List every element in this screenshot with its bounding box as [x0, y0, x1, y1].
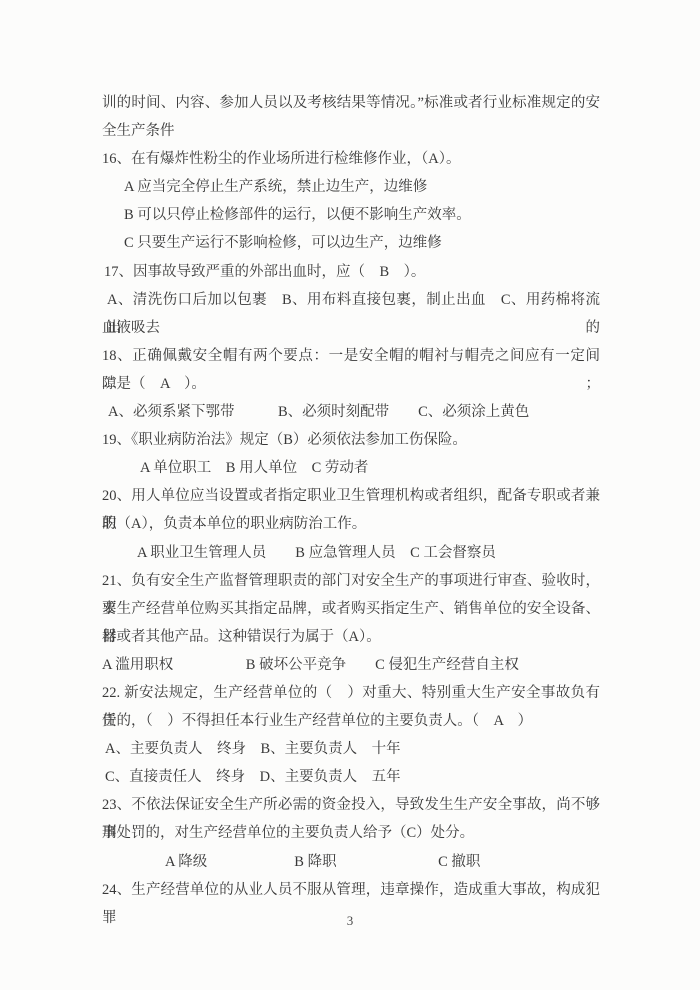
document-page: 训的时间、内容、参加人员以及考核结果等情况。”标准或者行业标准规定的安全生产条件… — [0, 0, 700, 990]
text-line: 19、《职业病防治法》规定（B）必须依法参加工伤保险。 — [102, 426, 600, 454]
text-line: 21、负有安全生产监督管理职责的部门对安全生产的事项进行审查、验收时，要 — [102, 567, 600, 595]
text-line: 任的，（ ）不得担任本行业生产经营单位的主要负责人。（ A ） — [102, 707, 600, 735]
text-line: C、直接责任人 终身 D、主要负责人 五年 — [102, 763, 600, 791]
text-line: 17、因事故导致严重的外部出血时，应（ B ）。 — [102, 258, 600, 286]
text-line: 材或者其他产品。这种错误行为属于（A）。 — [102, 623, 600, 651]
text-line: 全生产条件 — [102, 117, 600, 145]
text-line: A 降级 B 降职 C 撤职 — [102, 848, 600, 876]
text-line: A 滥用职权 B 破坏公平竞争 C 侵犯生产经营自主权 — [102, 651, 600, 679]
text-line: 求生产经营单位购买其指定品牌，或者购买指定生产、销售单位的安全设备、器 — [102, 595, 600, 623]
text-line: A、清洗伤口后加以包裹 B、用布料直接包裹，制止出血 C、用药棉将流出的 — [102, 286, 600, 314]
page-number: 3 — [0, 911, 700, 931]
text-line: 24、生产经营单位的从业人员不服从管理，违章操作，造成重大事故，构成犯罪 — [102, 876, 600, 904]
text-line: C 只要生产运行不影响检修，可以边生产，边维修 — [102, 229, 600, 257]
text-line: 的（A），负责本单位的职业病防治工作。 — [102, 510, 600, 538]
text-line: 20、用人单位应当设置或者指定职业卫生管理机构或者组织，配备专职或者兼职 — [102, 482, 600, 510]
text-line: A 职业卫生管理人员 B 应急管理人员 C 工会督察员 — [102, 539, 600, 567]
text-line: 23、不依法保证安全生产所必需的资金投入，导致发生生产安全事故，尚不够刑 — [102, 791, 600, 819]
text-line: A、必须系紧下鄂带 B、必须时刻配带 C、必须涂上黄色 — [102, 398, 600, 426]
text-line: 22. 新安法规定，生产经营单位的（ ）对重大、特别重大生产安全事故负有责 — [102, 679, 600, 707]
question-text-block: 训的时间、内容、参加人员以及考核结果等情况。”标准或者行业标准规定的安全生产条件… — [102, 89, 600, 904]
text-line: 训的时间、内容、参加人员以及考核结果等情况。”标准或者行业标准规定的安 — [102, 89, 600, 117]
text-line: 事处罚的，对生产经营单位的主要负责人给予（C）处分。 — [102, 819, 600, 847]
text-line: A、主要负责人 终身 B、主要负责人 十年 — [102, 735, 600, 763]
text-line: A 应当完全停止生产系统，禁止边生产，边维修 — [102, 173, 600, 201]
text-line: A 单位职工 B 用人单位 C 劳动者 — [102, 454, 600, 482]
text-line: 16、在有爆炸性粉尘的作业场所进行检维修作业，（A）。 — [102, 145, 600, 173]
text-line: 18、正确佩戴安全帽有两个要点：一是安全帽的帽衬与帽壳之间应有一定间隙； — [102, 342, 600, 370]
text-line: B 可以只停止检修部件的运行，以便不影响生产效率。 — [102, 201, 600, 229]
